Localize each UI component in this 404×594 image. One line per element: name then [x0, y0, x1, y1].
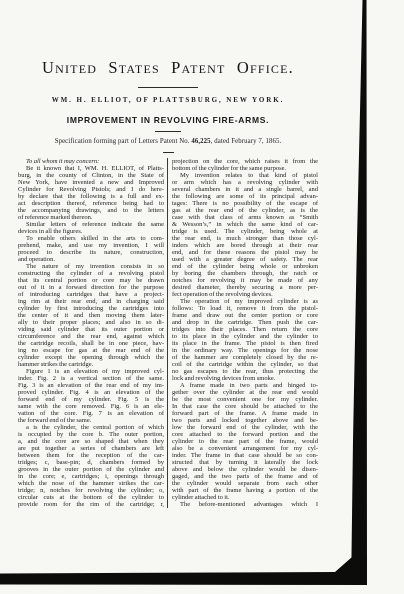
text-line: In that case the core should be attached…: [172, 403, 318, 410]
text-line: cylinder except the opening through whic…: [18, 354, 164, 361]
text-line: Figure 1 is an elevation of my improved …: [18, 368, 164, 375]
text-line: Fig. 3 is an elevation of the rear end o…: [18, 382, 164, 389]
text-line: frame and draw out the center portion or…: [172, 312, 318, 319]
text-line: ing no escape for gas at the rear end of…: [18, 347, 164, 354]
column-divider-rule: [167, 158, 168, 508]
text-line: hammer strikes the cartridge.: [18, 361, 164, 368]
patent-document-page: United States Patent Office. WM. H. ELLI…: [0, 0, 404, 594]
text-line: inder. The frame in that case should be …: [172, 452, 318, 459]
left-text-column: To all whom it may concern:Be it known t…: [18, 158, 164, 508]
text-line: coil of the cartridge within the cylinde…: [172, 361, 318, 368]
right-scan-bar: [351, 0, 367, 585]
text-line: to its place in the cylinder and the cyl…: [172, 333, 318, 340]
text-line: Cylinder for Revolving Pistols; and I do…: [18, 186, 164, 193]
text-line: be the most convenient one for my cylind…: [172, 396, 318, 403]
text-line: by declare that the following is a full …: [18, 193, 164, 200]
spec-suffix-text: , dated February 7, 1865.: [211, 138, 282, 145]
text-line: devices in all the figures.: [18, 228, 164, 235]
text-line: a, and the core are so shaped that when …: [18, 438, 164, 445]
text-line: bottom of the cylinder for the same purp…: [172, 165, 318, 172]
text-line: cylinder by first introducing the cartri…: [18, 305, 164, 312]
text-line: tridges; c, base-pin; d, chambers formed…: [18, 459, 164, 466]
right-text-column: projection on the core, which raises it …: [172, 158, 318, 508]
text-line: between them for the reception of the ca…: [18, 452, 164, 459]
invention-subject-heading: IMPROVEMENT IN REVOLVING FIRE-ARMS.: [18, 115, 318, 125]
text-line: of reference marked thereon.: [18, 214, 164, 221]
text-line: My invention relates to that kind of pis…: [172, 172, 318, 179]
text-line: the cylinder would separate from each ot…: [172, 480, 318, 487]
text-line: To enable others skilled in the arts to …: [18, 235, 164, 242]
text-line: used with a greater degree of safety. Th…: [172, 256, 318, 263]
text-line: that its central portion or core may be …: [18, 277, 164, 284]
text-line: notches for revolving it may be made of …: [172, 277, 318, 284]
text-line: circumference and the rear end, against …: [18, 333, 164, 340]
text-line: gas at the rear end of the cylinder, as …: [172, 207, 318, 214]
text-line: a is the cylinder, the central portion o…: [18, 424, 164, 431]
spec-divider-rule: [163, 152, 174, 153]
text-line: out of it in a forward direction for the…: [18, 284, 164, 291]
text-line: end of the cylinder being whole or unbro…: [172, 263, 318, 270]
text-line: structed that by turning it laterally th…: [172, 459, 318, 466]
text-line: proceed to describe its nature, construc…: [18, 249, 164, 256]
text-line: circular cuts at the bottom of the cylin…: [18, 494, 164, 501]
specification-line: Specification forming part of Letters Pa…: [18, 138, 318, 145]
text-line: of the hammer are completely closed by t…: [172, 354, 318, 361]
text-line: inders which are bored through at their …: [172, 242, 318, 249]
text-line: constructing the cylinder of a revolving…: [18, 270, 164, 277]
page-title: United States Patent Office.: [18, 58, 318, 78]
text-line: with part of the frame having a portion …: [172, 487, 318, 494]
text-line: burg, in the county of Clinton, in the S…: [18, 172, 164, 179]
text-line: end, and for these reasons the pistol ma…: [172, 249, 318, 256]
text-line: & Wesson’s,” in which the same kind of c…: [172, 221, 318, 228]
text-line: forward part of the frame. A frame made …: [172, 410, 318, 417]
text-line: the forward end of the same.: [18, 417, 164, 424]
text-line: or arm which has a revolving cylinder wi…: [172, 179, 318, 186]
text-line: tridge; n, notches for revolving the cyl…: [18, 487, 164, 494]
printed-content: United States Patent Office. WM. H. ELLI…: [18, 0, 318, 508]
text-line: vation of the core. Fig. 7 is an elevati…: [18, 410, 164, 417]
text-line: fect operation of the revolving devices.: [172, 291, 318, 298]
text-line: A frame made in two parts and hinged to-: [172, 382, 318, 389]
text-line: no gas escapes to the rear, thus protect…: [172, 368, 318, 375]
text-line: grooves in the outer portion of the cyli…: [18, 466, 164, 473]
text-line: two parts and locked together above and …: [172, 417, 318, 424]
text-line: The before-mentioned advantages which I: [172, 501, 318, 508]
text-line: tridges into their places. Then return t…: [172, 326, 318, 333]
title-divider-rule: [138, 87, 198, 88]
inventor-byline: WM. H. ELLIOT, OF PLATTSBURG, NEW YORK.: [18, 96, 318, 104]
text-line: are put together a series of chambers ar…: [18, 445, 164, 452]
text-line: act description thereof, reference being…: [18, 200, 164, 207]
text-line: the accompanying drawings, and to the le…: [18, 207, 164, 214]
text-line: the cartridge recoils, shall be in one p…: [18, 340, 164, 347]
text-line: cylinder to the rear part of the frame, …: [172, 438, 318, 445]
patent-number: 46,225: [191, 138, 210, 145]
text-line: gether over the cylinder at the rear end…: [172, 389, 318, 396]
text-line: Be it known that I, WM. H. ELLIOT, of Pl…: [18, 165, 164, 172]
text-line: The nature of my invention consists in s…: [18, 263, 164, 270]
text-line: follows: To load it, remove it from the …: [172, 305, 318, 312]
text-line: To all whom it may concern:: [18, 158, 164, 165]
text-line: ing rim at their rear end, and in chargi…: [18, 298, 164, 305]
text-line: in the core; e, cartridges; i, openings …: [18, 473, 164, 480]
text-line: is occupied by the core b. The outer por…: [18, 431, 164, 438]
text-line: projection on the core, which raises it …: [172, 158, 318, 165]
text-line: the following are some of its principal …: [172, 193, 318, 200]
text-line: which the nose of the hammer strikes the…: [18, 480, 164, 487]
text-line: provide room for the rim of the cartridg…: [18, 501, 164, 508]
text-line: core attached to the forward portion and…: [172, 431, 318, 438]
text-line: viding said cylinder that its outer port…: [18, 326, 164, 333]
text-line: of introducing cartridges that have a pr…: [18, 291, 164, 298]
text-line: desired diameter, thereby securing a mor…: [172, 284, 318, 291]
text-line: above and below the cylinder would be di…: [172, 466, 318, 473]
text-line: and drop in the cartridge. Then push the…: [172, 319, 318, 326]
body-text-columns: To all whom it may concern:Be it known t…: [18, 158, 318, 508]
text-line: several chambers in it and a single barr…: [172, 186, 318, 193]
text-line: lock and revolving devices from smoke.: [172, 375, 318, 382]
text-line: gaged, and the two parts of the frame an…: [172, 473, 318, 480]
text-line: ally to their proper places; and also in…: [18, 319, 164, 326]
spec-prefix-text: Specification forming part of Letters Pa…: [55, 138, 192, 145]
text-line: prehend, make, and use my invention, I w…: [18, 242, 164, 249]
subject-divider-rule: [155, 131, 181, 132]
text-line: proved cylinder. Fig. 4 is an elevation …: [18, 389, 164, 396]
text-line: tridge is used. The cylinder, being whol…: [172, 228, 318, 235]
text-line: The operation of my improved cylinder is…: [172, 298, 318, 305]
text-line: in the ordinary way. The openings for th…: [172, 347, 318, 354]
text-line: low the forward end of the cylinder, wit…: [172, 424, 318, 431]
text-line: case with that class of arms known as “S…: [172, 214, 318, 221]
text-line: the rear end, is much stronger than thos…: [172, 235, 318, 242]
text-line: forward end of my cylinder. Fig. 5 is th…: [18, 396, 164, 403]
text-line: inder. Fig. 2 is a vertical section of t…: [18, 375, 164, 382]
text-line: the center of it and then moving them la…: [18, 312, 164, 319]
text-line: by boring the chambers through, the ratc…: [172, 270, 318, 277]
text-line: also be a convenient arrangement for my …: [172, 445, 318, 452]
bottom-scan-bar: [0, 557, 367, 585]
text-line: New York, have invented a new and Improv…: [18, 179, 164, 186]
text-line: same with the core removed. Fig. 6 is an…: [18, 403, 164, 410]
text-line: and operation.: [18, 256, 164, 263]
text-line: its place in the frame. The pistol is th…: [172, 340, 318, 347]
text-line: cylinder attached to it.: [172, 494, 318, 501]
text-line: tages: There is no possibility of the es…: [172, 200, 318, 207]
text-line: Similar letters of reference indicate th…: [18, 221, 164, 228]
